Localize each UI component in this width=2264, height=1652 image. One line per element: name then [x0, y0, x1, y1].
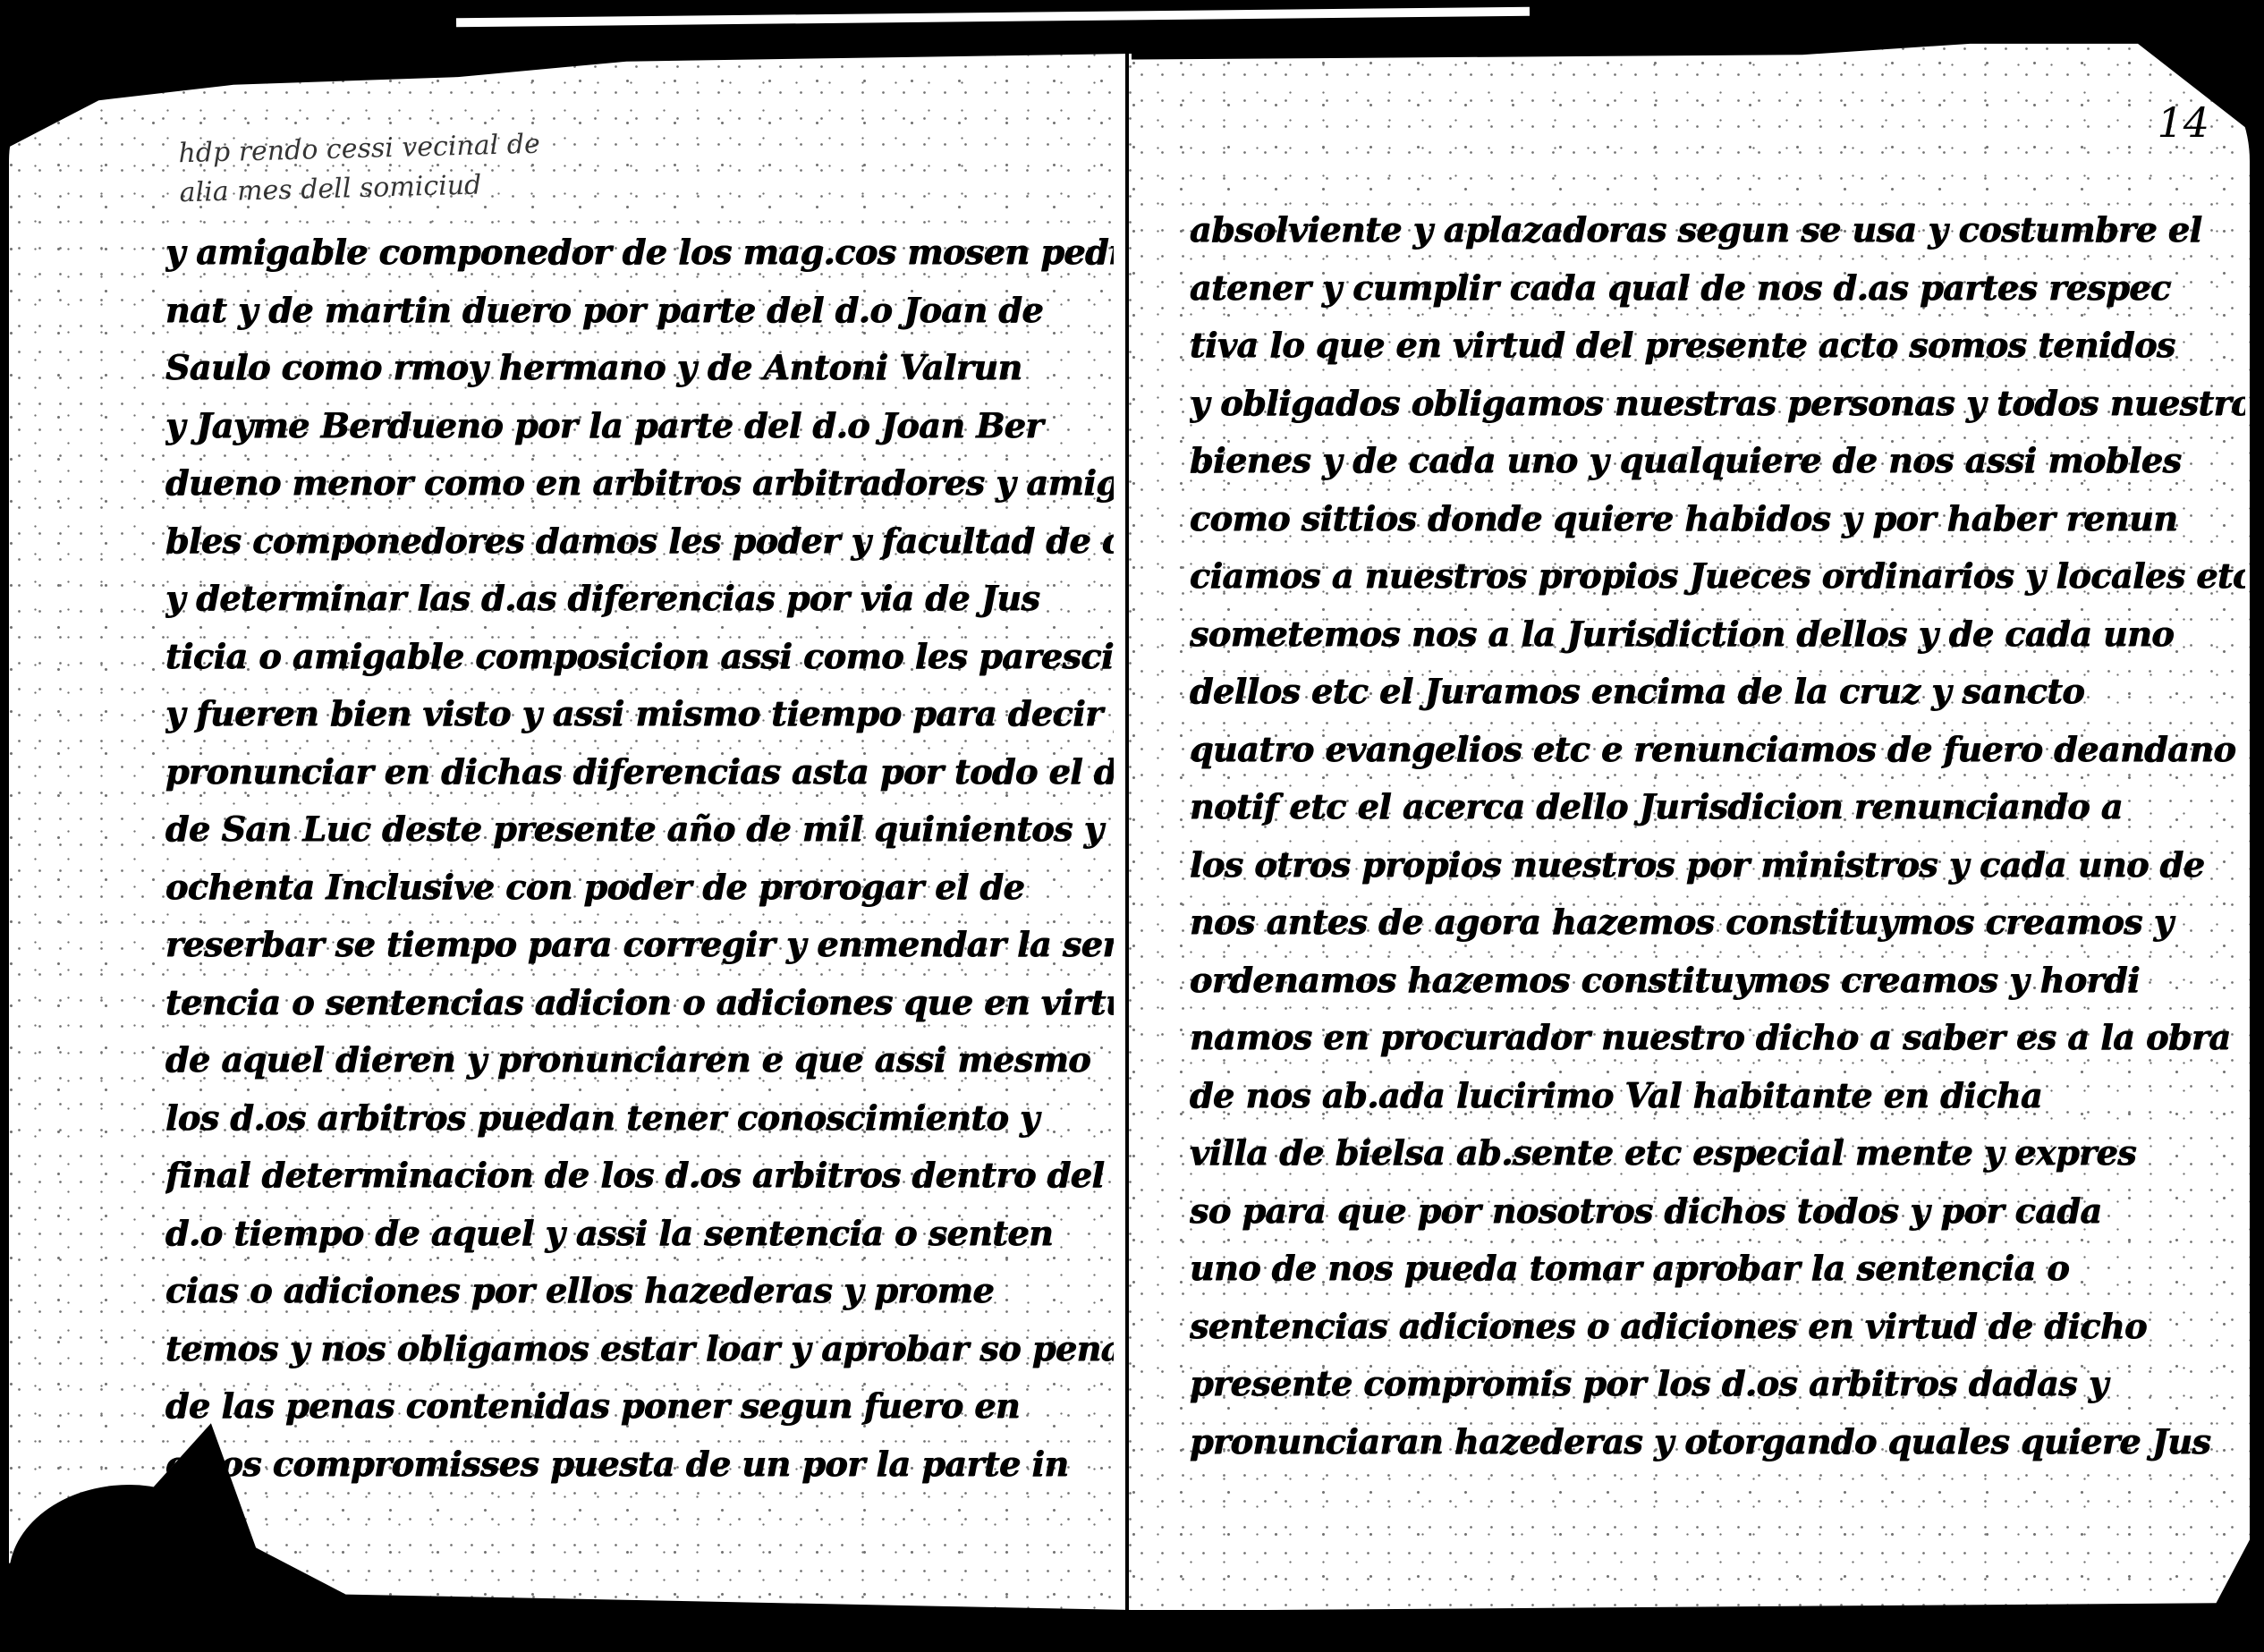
manuscript-line: otros compromisses puesta de un por la p… — [165, 1436, 1114, 1494]
left-page-header-note: hdp rendo cessi vecinal de alia mes dell… — [178, 125, 542, 214]
manuscript-line: temos y nos obligamos estar loar y aprob… — [165, 1320, 1114, 1378]
manuscript-line: sentencias adiciones o adiciones en virt… — [1190, 1298, 2245, 1356]
manuscript-line: dellos etc el Juramos encima de la cruz … — [1190, 663, 2245, 721]
scan-background: hdp rendo cessi vecinal de alia mes dell… — [0, 0, 2264, 1652]
manuscript-line: de aquel dieren y pronunciaren e que ass… — [165, 1031, 1114, 1089]
manuscript-line: uno de nos pueda tomar aprobar la senten… — [1190, 1240, 2245, 1298]
manuscript-line: namos en procurador nuestro dicho a sabe… — [1190, 1009, 2245, 1067]
manuscript-line: sometemos nos a la Jurisdiction dellos y… — [1190, 606, 2245, 664]
manuscript-line: d.o tiempo de aquel y assi la sentencia … — [165, 1205, 1114, 1263]
manuscript-line: presente compromis por los d.os arbitros… — [1190, 1355, 2245, 1413]
manuscript-line: de San Luc deste presente año de mil qui… — [165, 801, 1114, 859]
manuscript-line: quatro evangelios etc e renunciamos de f… — [1190, 721, 2245, 779]
manuscript-line: los otros propios nuestros por ministros… — [1190, 836, 2245, 894]
left-margin-marks — [9, 322, 163, 1351]
manuscript-line: reserbar se tiempo para corregir y enmen… — [165, 916, 1114, 974]
manuscript-line: ticia o amigable composicion assi como l… — [165, 628, 1114, 686]
folio-number: 14 — [2157, 98, 2209, 147]
scan-bottom-edge — [0, 1610, 2264, 1652]
manuscript-line: y obligados obligamos nuestras personas … — [1190, 375, 2245, 433]
manuscript-line: y fueren bien visto y assi mismo tiempo … — [165, 685, 1114, 743]
header-note-line: alia mes dell somiciud — [179, 165, 541, 214]
scan-top-edge-strip — [456, 7, 1530, 28]
manuscript-line: tencia o sentencias adicion o adiciones … — [165, 974, 1114, 1032]
manuscript-line: pronunciaran hazederas y otorgando quale… — [1190, 1413, 2245, 1471]
left-page: hdp rendo cessi vecinal de alia mes dell… — [9, 54, 1132, 1610]
manuscript-line: ochenta Inclusive con poder de prorogar … — [165, 859, 1114, 917]
manuscript-line: ordenamos hazemos constituymos creamos y… — [1190, 952, 2245, 1010]
manuscript-line: Saulo como rmoy hermano y de Antoni Valr… — [165, 339, 1114, 397]
manuscript-line: nos antes de agora hazemos constituymos … — [1190, 894, 2245, 952]
manuscript-line: final determinacion de los d.os arbitros… — [165, 1147, 1114, 1205]
manuscript-line: y amigable componedor de los mag.cos mos… — [165, 224, 1114, 282]
manuscript-line: so para que por nosotros dichos todos y … — [1190, 1182, 2245, 1241]
manuscript-line: ciamos a nuestros propios Jueces ordinar… — [1190, 547, 2245, 606]
manuscript-line: notif etc el acerca dello Jurisdicion re… — [1190, 778, 2245, 836]
manuscript-line: como sittios donde quiere habidos y por … — [1190, 490, 2245, 548]
manuscript-line: cias o adiciones por ellos hazederas y p… — [165, 1262, 1114, 1320]
left-page-text: y amigable componedor de los mag.cos mos… — [165, 224, 1114, 1493]
binding-gutter-line — [1125, 36, 1129, 1619]
manuscript-line: y Jayme Berdueno por la parte del d.o Jo… — [165, 397, 1114, 455]
right-page: 14 absolviente y aplazadoras segun se us… — [1132, 36, 2250, 1619]
right-page-text: absolviente y aplazadoras segun se usa y… — [1190, 201, 2245, 1470]
manuscript-line: villa de bielsa ab.sente etc especial me… — [1190, 1124, 2245, 1182]
manuscript-line: los d.os arbitros puedan tener conoscimi… — [165, 1089, 1114, 1148]
manuscript-line: bienes y de cada uno y qualquiere de nos… — [1190, 432, 2245, 490]
manuscript-line: dueno menor como en arbitros arbitradore… — [165, 454, 1114, 513]
manuscript-line: absolviente y aplazadoras segun se usa y… — [1190, 201, 2245, 259]
manuscript-line: bles componedores damos les poder y facu… — [165, 513, 1114, 571]
manuscript-line: atener y cumplir cada qual de nos d.as p… — [1190, 259, 2245, 318]
manuscript-line: tiva lo que en virtud del presente acto … — [1190, 317, 2245, 375]
manuscript-line: de las penas contenidas poner segun fuer… — [165, 1377, 1114, 1436]
manuscript-line: de nos ab.ada lucirimo Val habitante en … — [1190, 1067, 2245, 1125]
manuscript-line: nat y de martin duero por parte del d.o … — [165, 282, 1114, 340]
manuscript-line: y determinar las d.as diferencias por vi… — [165, 570, 1114, 628]
manuscript-line: pronunciar en dichas diferencias asta po… — [165, 743, 1114, 801]
